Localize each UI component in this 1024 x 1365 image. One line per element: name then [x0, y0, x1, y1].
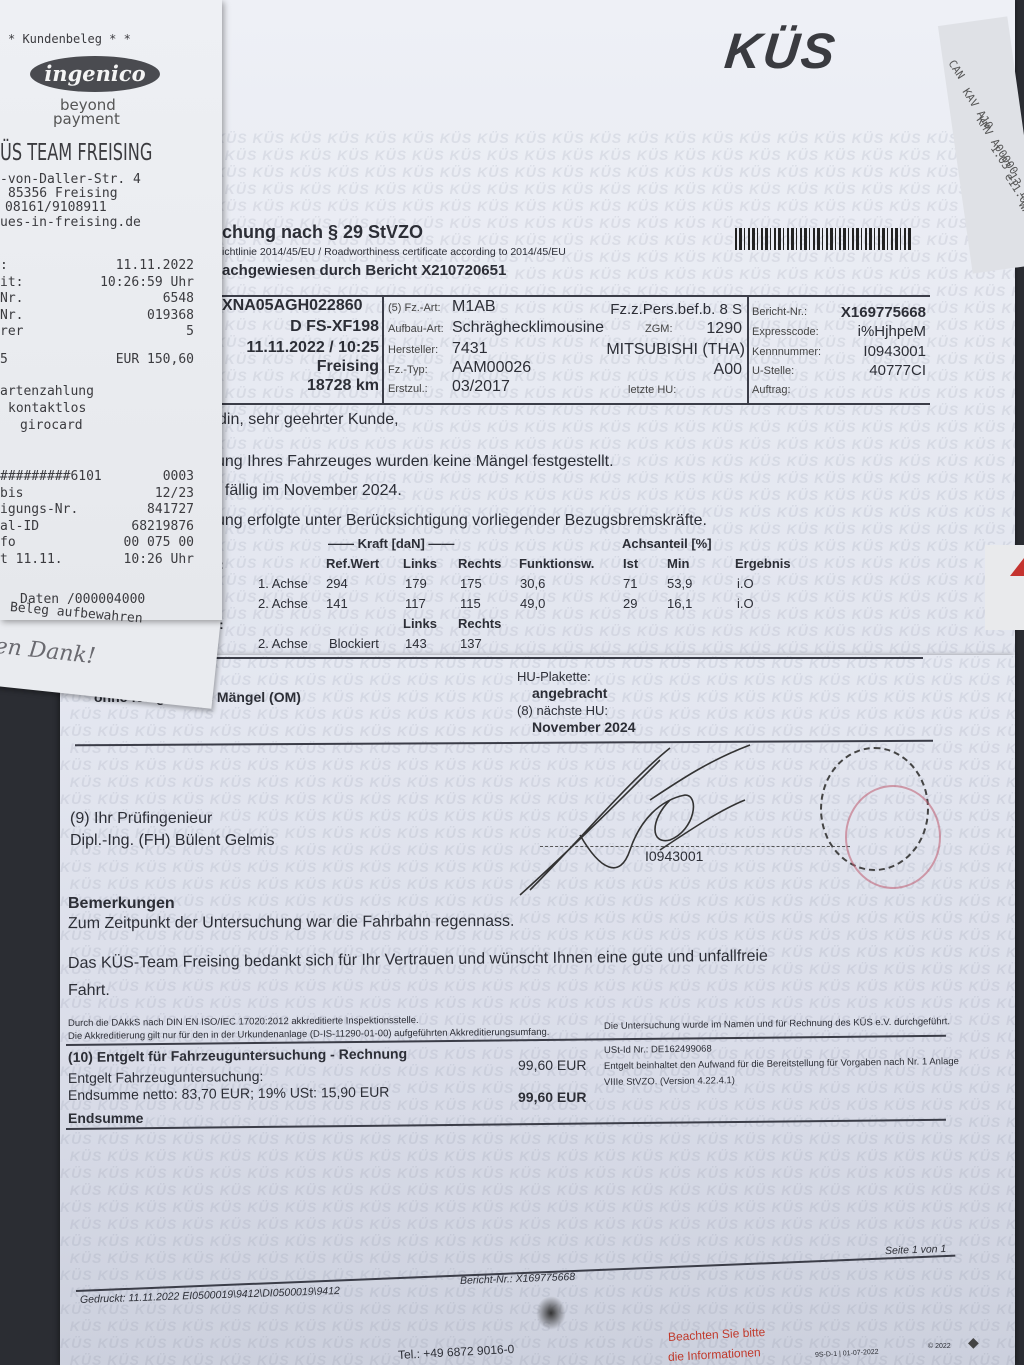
warning-triangle-icon	[1010, 558, 1024, 576]
receipt-row-value: 12/23	[155, 486, 194, 501]
receipt-row-label: t 11.11.	[0, 552, 63, 567]
aufbau-label: Aufbau-Art:	[388, 323, 444, 335]
fz-art: M1AB	[452, 298, 496, 316]
receipt-payment-2: kontaktlos	[8, 401, 86, 416]
col-header-ist: Ist	[623, 556, 638, 571]
brake-cell-min: 53,9	[667, 576, 692, 591]
receipt-row-label: Nr.	[0, 308, 23, 323]
park-row-axle: 2. Achse	[258, 636, 308, 651]
fztyp-label: Fz.-Typ:	[388, 364, 428, 376]
brake-cell-ref: 141	[326, 596, 348, 611]
bericht-number: X169775668	[841, 304, 926, 321]
invoice-fee: 99,60 EUR	[518, 1057, 586, 1073]
plakette-label: HU-Plakette:	[517, 669, 591, 684]
brake-table: —— Kraft [daN] —— Achsanteil [%] e: Ref.…	[210, 536, 810, 656]
col-header-ref: Ref.Wert	[326, 556, 379, 571]
col-header-rechts: Rechts	[458, 556, 501, 571]
body-line-3: ung erfolgte unter Berücksichtigung vorl…	[216, 512, 707, 530]
receipt-amount-label: 5	[0, 352, 8, 367]
brake-cell-links: 179	[405, 576, 427, 591]
hersteller-name: MITSUBISHI (THA)	[606, 341, 745, 359]
col-header-min: Min	[667, 556, 689, 571]
divider	[382, 296, 384, 403]
official-stamp	[845, 785, 941, 889]
invoice-total-label: Endsumme	[68, 1110, 143, 1126]
bericht-label: Bericht-Nr.:	[752, 306, 807, 318]
signature-scribble	[510, 740, 760, 900]
receipt-row-value: 11.11.2022	[116, 258, 194, 273]
proof-line: achgewiesen durch Bericht X210720651	[222, 262, 506, 279]
invoice-net-line: Endsumme netto: 83,70 EUR; 19% USt: 15,9…	[68, 1084, 390, 1103]
zgm-label: ZGM:	[645, 323, 673, 335]
park-row-ref: Blockiert	[329, 636, 379, 651]
brake-cell-ref: 294	[326, 576, 348, 591]
erstzul-label: Erstzul.:	[388, 383, 428, 395]
park-row-links: 143	[405, 636, 427, 651]
hersteller-label: Hersteller:	[388, 344, 438, 356]
receipt-merchant: ÜS TEAM FREISING	[0, 140, 152, 166]
inspection-datetime: 11.11.2022 / 10:25	[246, 339, 379, 357]
expresscode: i%HjhpeM	[858, 323, 926, 340]
auftrag-label: Auftrag:	[752, 384, 791, 396]
fz-art-label: (5) Fz.-Art:	[388, 302, 441, 314]
brake-cell-links: 117	[405, 596, 426, 611]
receipt-row-label: fo	[0, 535, 16, 550]
force-group-label: Kraft [daN]	[358, 536, 425, 551]
receipt-row-value: 00 075 00	[124, 535, 194, 550]
next-hu-label: (8) nächste HU:	[517, 703, 608, 718]
divider	[215, 403, 930, 405]
invoice-fee-label: Entgelt Fahrzeuguntersuchung:	[68, 1068, 264, 1086]
signature-id: I0943001	[645, 848, 703, 864]
ingenico-logo: ingenico	[30, 56, 160, 92]
receipt-row-value: 841727	[147, 502, 194, 517]
receipt-row-label: #########6101	[0, 469, 102, 484]
barcode	[735, 228, 913, 250]
payment-receipt: * Kundenbeleg * * ingenico beyond paymen…	[0, 0, 222, 620]
receipt-thanks: en Dank!	[0, 634, 97, 669]
receipt-row-label: it:	[0, 275, 23, 290]
remarks-text: Zum Zeitpunkt der Untersuchung war die F…	[68, 913, 515, 933]
document-title: chung nach § 29 StVZO	[222, 222, 423, 243]
brake-cell-ist: 29	[623, 596, 637, 611]
receipt-row-label: igungs-Nr.	[0, 502, 78, 517]
plakette-value: angebracht	[532, 685, 607, 701]
receipt-row-value: 68219876	[131, 519, 194, 534]
fztyp: AAM00026	[452, 359, 531, 377]
erstzul: 03/2017	[452, 378, 510, 396]
document-subtitle: ichtlinie 2014/45/EU / Roadworthiness ce…	[222, 246, 566, 258]
brake-cell-min: 16,1	[667, 596, 692, 611]
brake-cell-axle: 2. Achse	[258, 596, 308, 611]
second-receipt-line: CAN	[945, 58, 967, 82]
smudge	[536, 1296, 566, 1330]
fztyp-variant: A00	[714, 361, 742, 379]
receipt-row-value: 0003	[163, 469, 194, 484]
vin: XNA05AGH022860	[222, 297, 363, 315]
park-header-rechts: Rechts	[458, 616, 501, 631]
receipt-address-2: 85356 Freising	[8, 186, 118, 201]
force-group-header: —— Kraft [daN] ——	[328, 536, 454, 551]
kus-logo: KÜS	[722, 22, 840, 80]
receipt-phone: 08161/9108911	[5, 200, 107, 215]
receipt-row-value: 10:26 Uhr	[124, 552, 194, 567]
receipt-row-value: 6548	[163, 291, 194, 306]
receipt-row-value: 5	[186, 324, 194, 339]
receipt-row-label: :	[0, 258, 8, 273]
receipt-amount: EUR 150,60	[116, 352, 194, 367]
expresscode-label: Expresscode:	[752, 326, 819, 338]
next-hu-value: November 2024	[532, 719, 636, 735]
brake-cell-ergebnis: i.O	[737, 596, 754, 611]
receipt-row-label: rer	[0, 324, 23, 339]
invoice-note-4: VIIIe StVZO. (Version 4.22.4.1)	[604, 1075, 735, 1088]
mileage: 18728 km	[307, 377, 379, 395]
col-header-funktion: Funktionsw.	[519, 556, 594, 571]
engineer-name: Dipl.-Ing. (FH) Bülent Gelmis	[70, 832, 275, 850]
invoice-total: 99,60 EUR	[518, 1089, 586, 1105]
receipt-row-value: 019368	[147, 308, 194, 323]
brake-cell-rechts: 115	[460, 596, 481, 611]
col-header-links: Links	[403, 556, 437, 571]
aufbau: Schrägheck­limousine	[452, 319, 604, 337]
kennnummer-label: Kennnummer:	[752, 346, 821, 358]
receipt-web: ues-in-freising.de	[0, 215, 141, 230]
brake-cell-rechts: 175	[460, 576, 482, 591]
letzte-hu-label: letzte HU:	[628, 384, 676, 396]
invoice-note-2: USt-Id Nr.: DE162499068	[604, 1043, 712, 1056]
kus-diamond-icon: ◆	[968, 1334, 979, 1351]
receipt-row-label: bis	[0, 486, 23, 501]
greeting: din, sehr geehrter Kunde,	[218, 411, 399, 429]
body-line-2: t fällig im November 2024.	[216, 482, 402, 500]
divider	[747, 296, 749, 403]
hersteller: 7431	[452, 340, 488, 358]
receipt-address-1: -von-Daller-Str. 4	[0, 172, 141, 187]
brake-cell-funktion: 30,6	[520, 576, 545, 591]
kennnummer: I0943001	[863, 343, 926, 360]
brake-cell-axle: 1. Achse	[258, 576, 308, 591]
plate: D FS-XF198	[290, 318, 379, 336]
divider	[215, 657, 923, 659]
col-header-ergebnis: Ergebnis	[735, 556, 791, 571]
brake-cell-ist: 71	[623, 576, 637, 591]
u-stelle-label: U-Stelle:	[752, 365, 794, 377]
receipt-row-label: al-ID	[0, 519, 39, 534]
park-header-links: Links	[403, 616, 437, 631]
receipt-row-value: 10:26:59 Uhr	[100, 275, 194, 290]
footer-copyright: © 2022	[928, 1343, 951, 1350]
fz-art-desc: Fz.z.Pers.bef.b. 8 S	[610, 301, 742, 318]
receipt-row-label: Nr.	[0, 291, 23, 306]
engineer-label: (9) Ihr Prüfingenieur	[70, 810, 212, 828]
body-line-1: ung Ihres Fahrzeuges wurden keine Mängel…	[216, 453, 614, 471]
remarks-title: Bemerkungen	[68, 895, 175, 913]
inspection-place: Freising	[317, 358, 379, 376]
thanks-line-2: Fahrt.	[68, 982, 110, 1000]
receipt-payment-1: artenzahlung	[0, 384, 94, 399]
u-stelle: 40777CI	[869, 362, 926, 379]
brake-cell-ergebnis: i.O	[737, 576, 754, 591]
park-row-rechts: 137	[460, 636, 482, 651]
axle-share-group-header: Achsanteil [%]	[622, 536, 712, 551]
receipt-header: * Kundenbeleg * *	[8, 32, 131, 46]
receipt-tagline-2: payment	[53, 110, 120, 128]
brake-cell-funktion: 49,0	[520, 596, 545, 611]
zgm: 1290	[706, 320, 742, 338]
second-receipt-line: WÄHR	[1016, 199, 1024, 228]
receipt-payment-3: girocard	[20, 418, 83, 433]
